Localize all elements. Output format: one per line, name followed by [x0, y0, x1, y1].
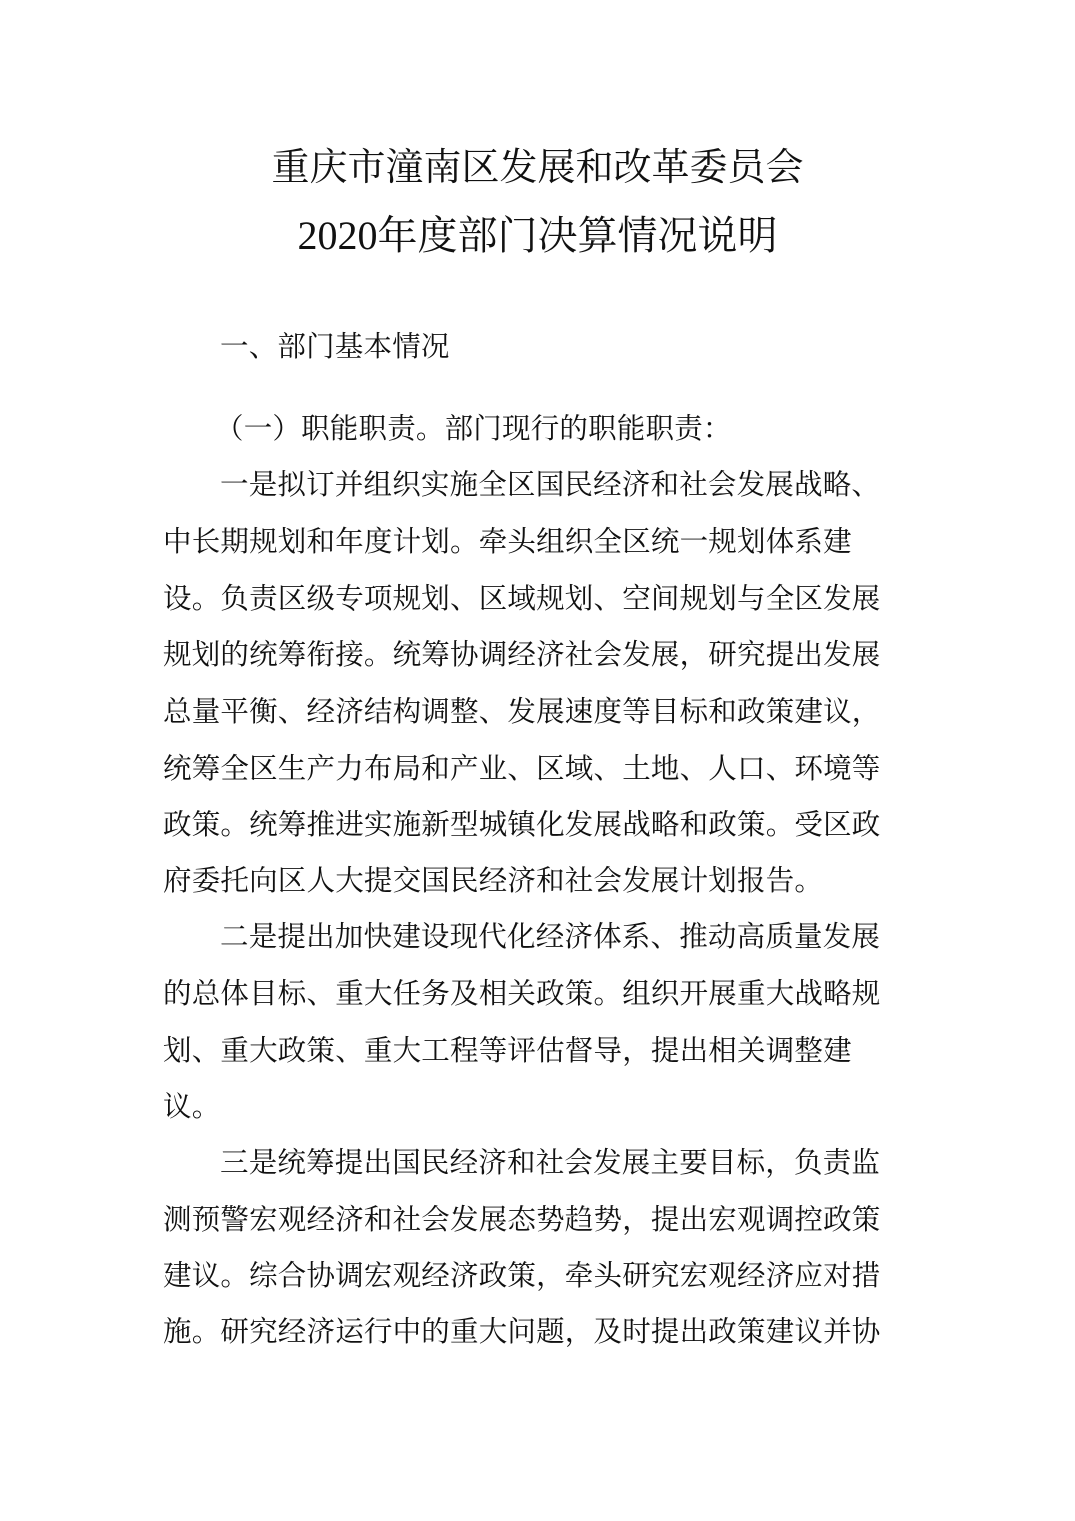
document-title-line2: 2020年度部门决算情况说明 [0, 213, 1075, 259]
paragraph-line: 统筹全区生产力布局和产业、区域、土地、人口、环境等 [163, 751, 893, 787]
paragraph-line: 总量平衡、经济结构调整、发展速度等目标和政策建议， [163, 694, 893, 730]
paragraph-line: 二是提出加快建设现代化经济体系、推动高质量发展 [220, 919, 950, 955]
paragraph-line: 建议。综合协调宏观经济政策，牵头研究宏观经济应对措 [163, 1258, 893, 1294]
paragraph-line: 议。 [163, 1089, 893, 1125]
subsection-heading: （一）职能职责。部门现行的职能职责： [215, 411, 945, 447]
paragraph-line: 规划的统筹衔接。统筹协调经济社会发展，研究提出发展 [163, 637, 893, 673]
paragraph-line: 三是统筹提出国民经济和社会发展主要目标，负责监 [220, 1145, 950, 1181]
document-page: 重庆市潼南区发展和改革委员会 2020年度部门决算情况说明 一、部门基本情况 （… [0, 0, 1075, 1521]
paragraph-line: 的总体目标、重大任务及相关政策。组织开展重大战略规 [163, 976, 893, 1012]
paragraph-line: 一是拟订并组织实施全区国民经济和社会发展战略、 [220, 467, 950, 503]
paragraph-line: 施。研究经济运行中的重大问题，及时提出政策建议并协 [163, 1314, 893, 1350]
document-title-line1: 重庆市潼南区发展和改革委员会 [0, 144, 1075, 190]
paragraph-line: 政策。统筹推进实施新型城镇化发展战略和政策。受区政 [163, 807, 893, 843]
section-heading: 一、部门基本情况 [220, 329, 950, 365]
paragraph-line: 府委托向区人大提交国民经济和社会发展计划报告。 [163, 863, 893, 899]
paragraph-line: 划、重大政策、重大工程等评估督导，提出相关调整建 [163, 1033, 893, 1069]
paragraph-line: 测预警宏观经济和社会发展态势趋势，提出宏观调控政策 [163, 1202, 893, 1238]
paragraph-line: 设。负责区级专项规划、区域规划、空间规划与全区发展 [163, 581, 893, 617]
paragraph-line: 中长期规划和年度计划。牵头组织全区统一规划体系建 [163, 524, 893, 560]
